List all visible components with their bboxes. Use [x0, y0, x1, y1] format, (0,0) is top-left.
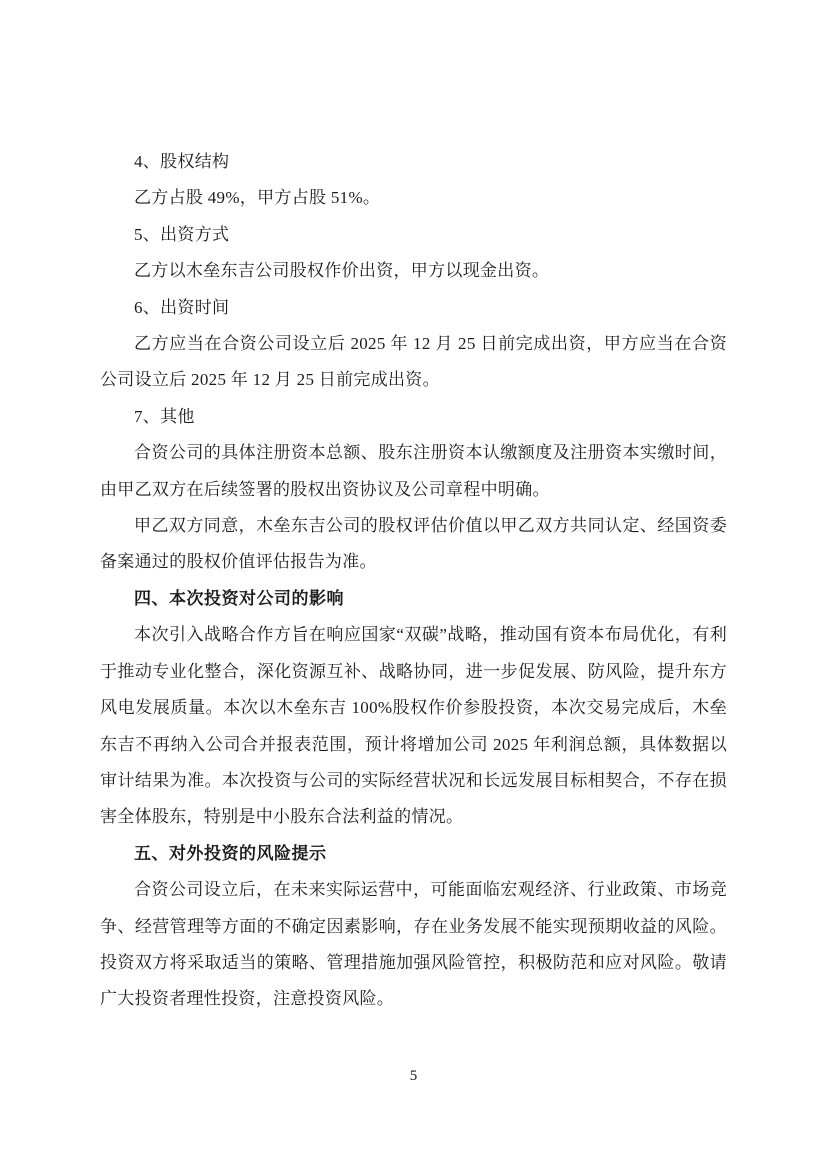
page-number: 5: [0, 1066, 827, 1086]
document-page: 4、股权结构 乙方占股 49%，甲方占股 51%。 5、出资方式 乙方以木垒东吉…: [0, 0, 827, 1169]
clause-heading-6: 6、出资时间: [100, 290, 727, 326]
clause-heading-5: 5、出资方式: [100, 217, 727, 253]
section-heading-5: 五、对外投资的风险提示: [100, 836, 727, 872]
section-5-body: 合资公司设立后，在未来实际运营中，可能面临宏观经济、行业政策、市场竞争、经营管理…: [100, 872, 727, 1018]
clause-heading-7: 7、其他: [100, 399, 727, 435]
clause-heading-4: 4、股权结构: [100, 144, 727, 180]
clause-7-text-2: 甲乙双方同意，木垒东吉公司的股权评估价值以甲乙双方共同认定、经国资委备案通过的股…: [100, 508, 727, 581]
clause-4-text: 乙方占股 49%，甲方占股 51%。: [100, 180, 727, 216]
section-heading-4: 四、本次投资对公司的影响: [100, 581, 727, 617]
clause-7-text-1: 合资公司的具体注册资本总额、股东注册资本认缴额度及注册资本实缴时间，由甲乙双方在…: [100, 435, 727, 508]
section-4-body: 本次引入战略合作方旨在响应国家“双碳”战略，推动国有资本布局优化，有利于推动专业…: [100, 617, 727, 835]
clause-6-text: 乙方应当在合资公司设立后 2025 年 12 月 25 日前完成出资，甲方应当在…: [100, 326, 727, 399]
document-body: 4、股权结构 乙方占股 49%，甲方占股 51%。 5、出资方式 乙方以木垒东吉…: [100, 144, 727, 1018]
clause-5-text: 乙方以木垒东吉公司股权作价出资，甲方以现金出资。: [100, 253, 727, 289]
